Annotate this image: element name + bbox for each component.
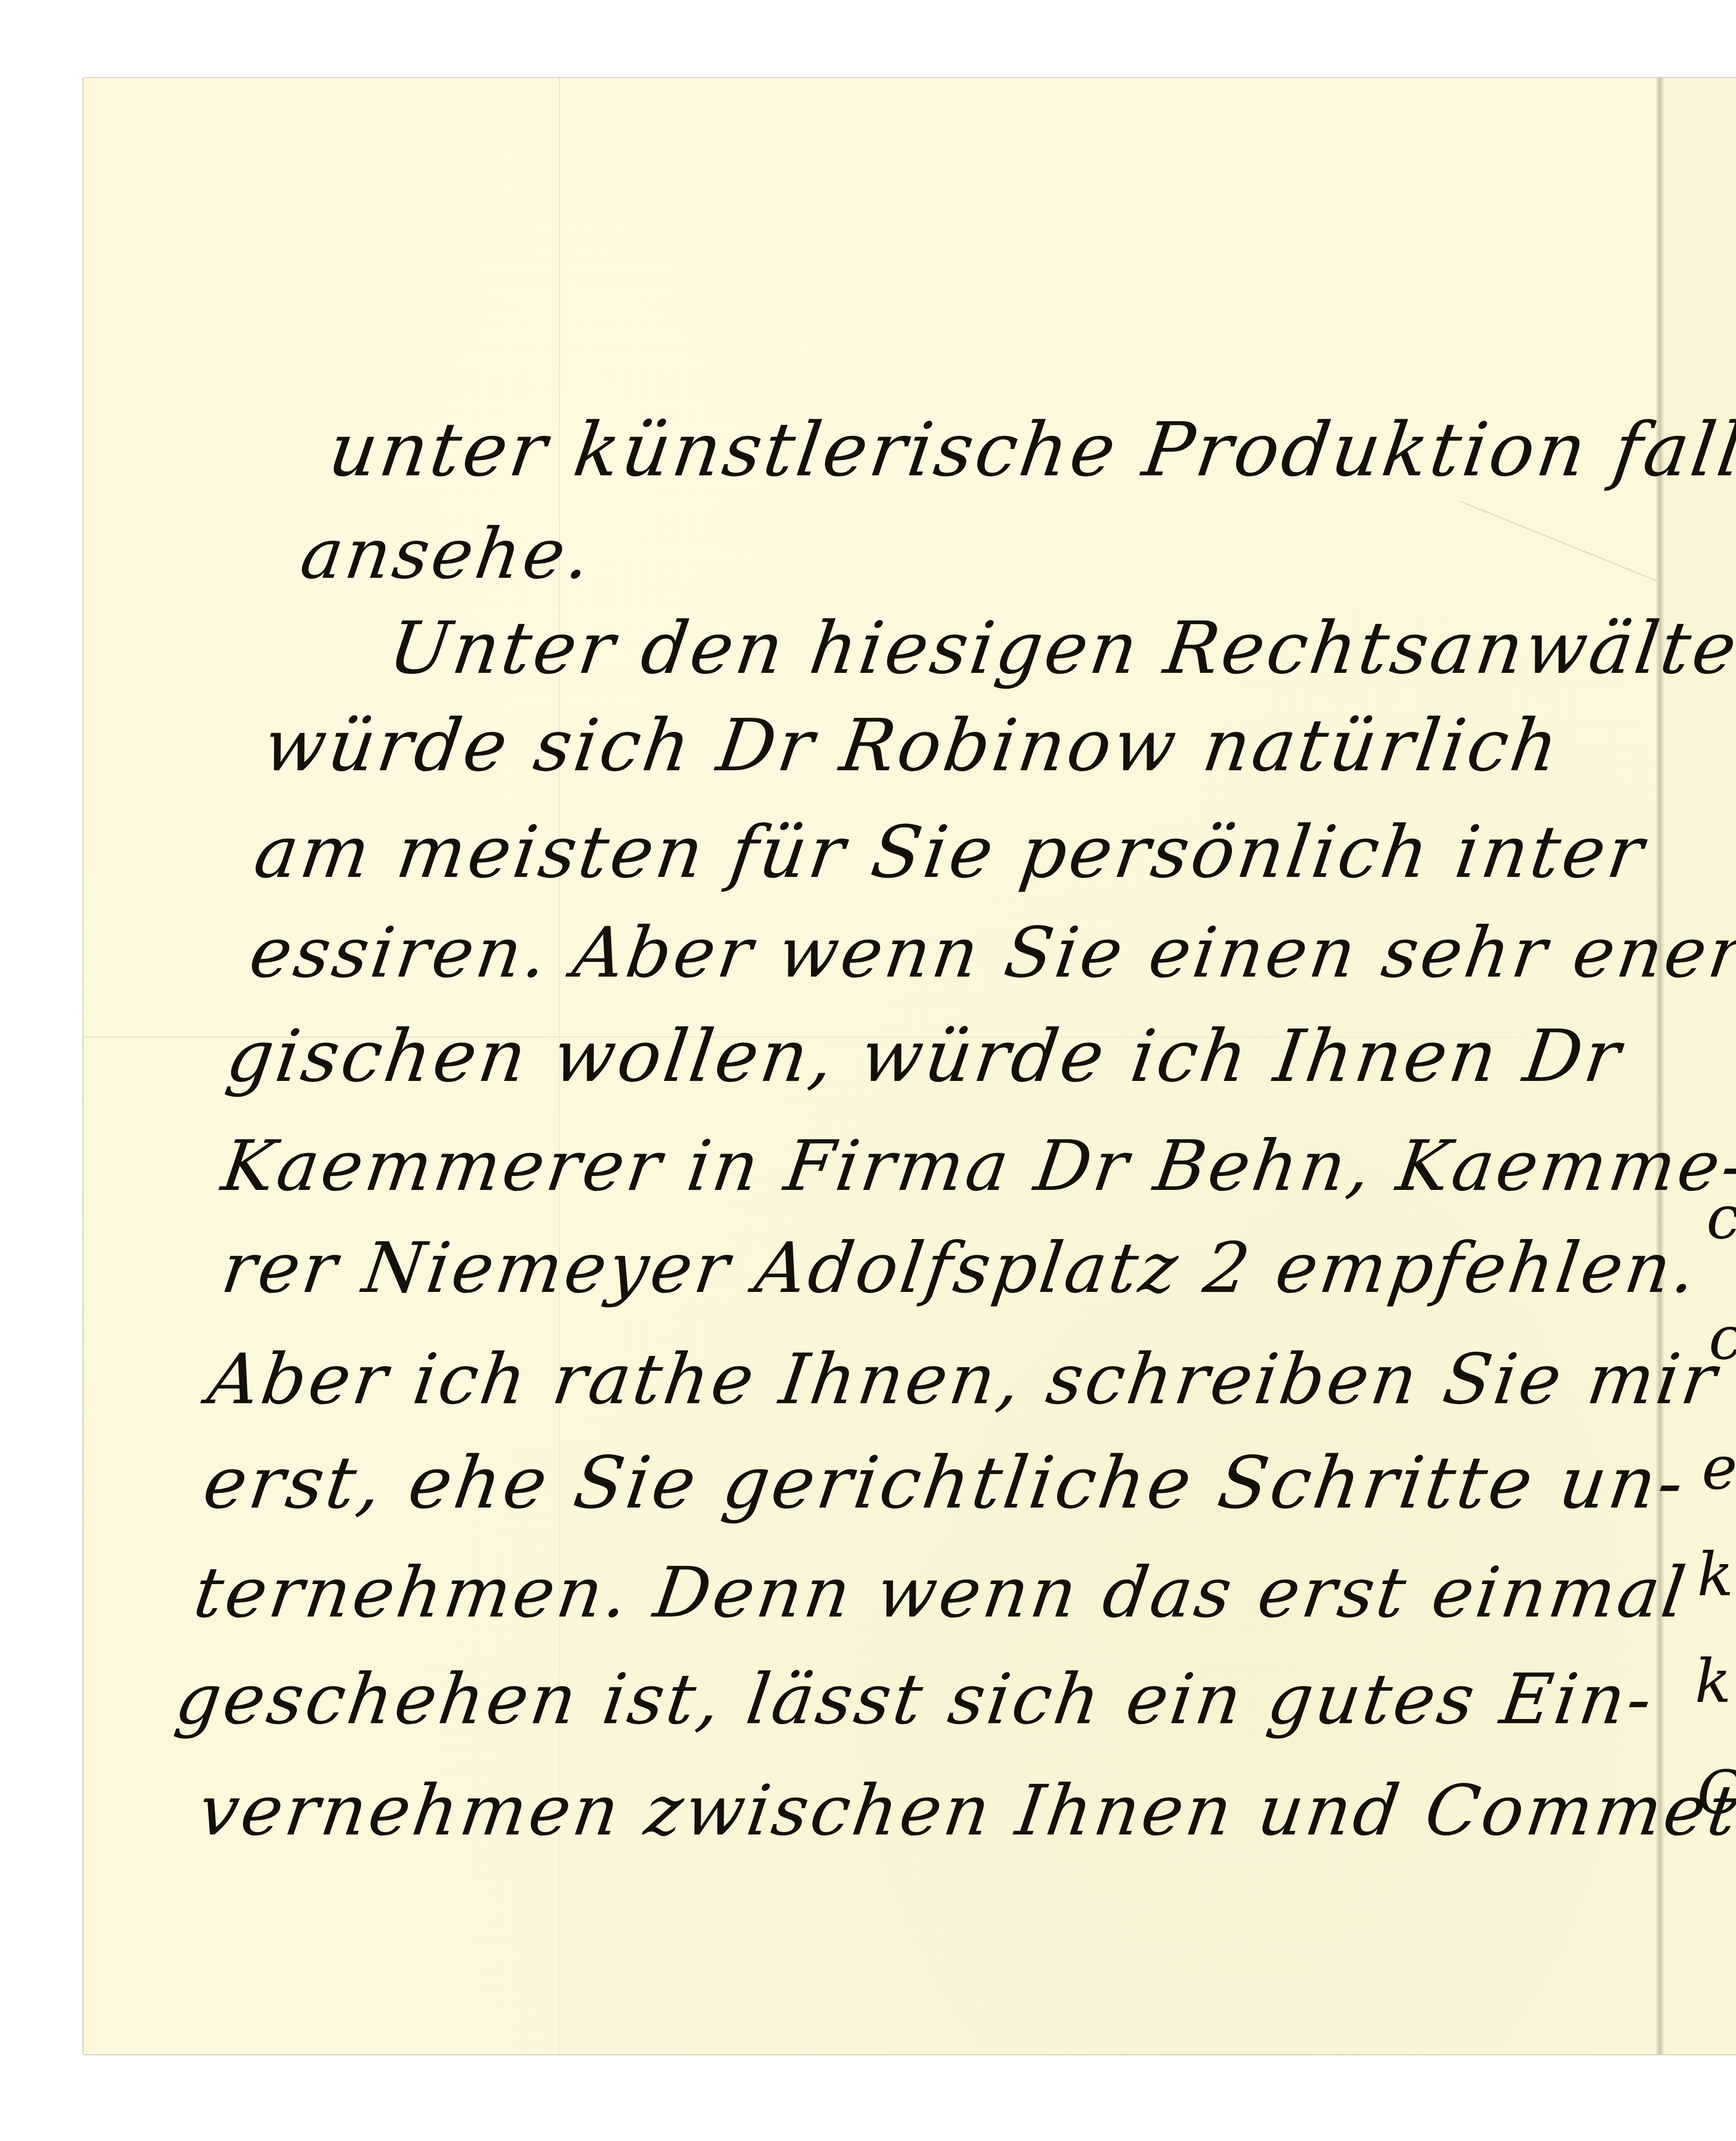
- letter-line: ansehe.: [297, 519, 597, 589]
- letter-line: essiren. Aber wenn Sie einen sehr ener-: [246, 918, 1736, 988]
- letter-line: ternehmen. Denn wenn das erst einmal: [190, 1558, 1692, 1628]
- letter-line: gischen wollen, würde ich Ihnen Dr: [223, 1020, 1627, 1092]
- next-page-fragment: k: [1695, 1651, 1731, 1711]
- letter-line: geschehen ist, lässt sich ein gutes Ein-: [172, 1665, 1659, 1734]
- letter-line: würde sich Dr Robinow natürlich: [260, 709, 1565, 781]
- next-page-fragment: k: [1697, 1544, 1734, 1604]
- letter-line: erst, ehe Sie gerichtliche Schritte un-: [199, 1447, 1691, 1519]
- next-page-fragment: C: [1697, 1762, 1736, 1822]
- letter-line: rer Niemeyer Adolfsplatz 2 empfehlen.: [218, 1233, 1703, 1303]
- next-page-fragment: c: [1709, 1308, 1736, 1368]
- next-page-fragment: c: [1706, 1187, 1736, 1247]
- letter-line: unter künstlerische Produktion fallend: [325, 413, 1736, 487]
- letter-body: unter künstlerische Produktion fallend a…: [0, 0, 1736, 2141]
- letter-line: Kaemmerer in Firma Dr Behn, Kaemme-: [218, 1131, 1736, 1201]
- letter-line: vernehmen zwischen Ihnen und Commeter: [195, 1776, 1736, 1846]
- letter-line: Unter den hiesigen Rechtsanwälten: [385, 612, 1736, 684]
- next-page-fragment: e: [1702, 1438, 1736, 1498]
- letter-line: Aber ich rathe Ihnen, schreiben Sie mir: [204, 1345, 1723, 1414]
- letter-line: am meisten für Sie persönlich inter: [250, 816, 1650, 888]
